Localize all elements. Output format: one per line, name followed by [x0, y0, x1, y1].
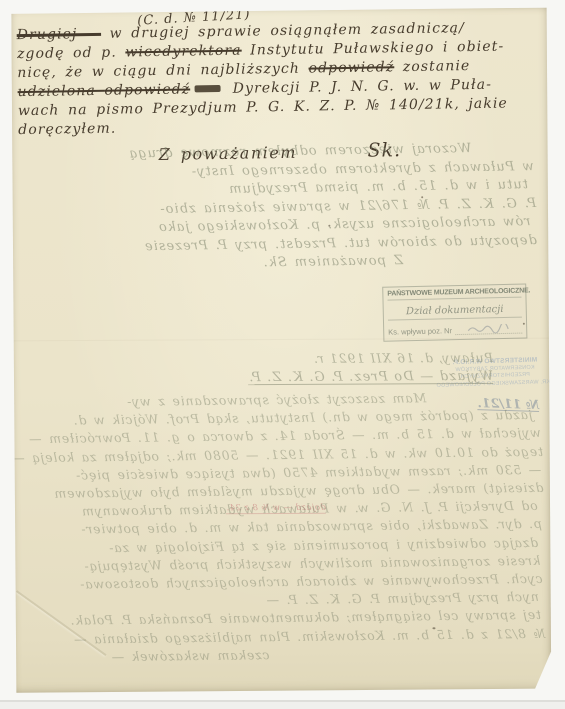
ink-text-segment: doręczyłem. — [18, 121, 116, 139]
ink-struck-segment: udzielona — [17, 83, 104, 100]
paper-speck — [432, 627, 435, 629]
ink-struck-segment: Drugiej — — [17, 26, 102, 43]
archive-stamp-title: PAŃSTWOWE MUZEUM ARCHEOLOGICZNE. — [387, 288, 521, 301]
paper-speck — [421, 196, 423, 198]
archive-stamp-subtitle: Dział dokumentacji — [388, 303, 522, 320]
ink-struck-segment: wicedyrektora — [125, 43, 242, 61]
ink-text-segment: zostanie — [394, 58, 470, 75]
showthrough-upper-block: Wczoraj wieczorem odbyłem rozmowę drugąw… — [31, 139, 543, 276]
ink-text-segment: Instytutu Puławskiego i obiet- — [242, 39, 505, 59]
ink-text-segment: zgodę od p. — [17, 44, 126, 62]
showthrough-date: Puławy, d. 16 XII 1921 r. — [93, 350, 493, 367]
paper-speck — [328, 225, 330, 227]
letter-page: (C. d. № 11/21) Drugiej — w drugiej spra… — [11, 8, 552, 694]
ink-text-segment: nicę, że w ciągu dni najbliższych — [17, 61, 308, 82]
showthrough-lower-block: Mam zaszczyt złożyć sprawozdanie z wy-ja… — [18, 388, 549, 667]
archive-stamp-entry-field — [455, 323, 522, 336]
archive-stamp: PAŃSTWOWE MUZEUM ARCHEOLOGICZNE. Dział d… — [382, 283, 527, 341]
scanner-edge-strip — [0, 702, 565, 709]
ink-struck-segment: odpowiedź — [308, 59, 394, 76]
ink-scribble — [194, 85, 220, 92]
showthrough-heading: Wyjazd — Do Prez. P. G. K. Z. P. — [83, 369, 493, 386]
stamp-entry-scribble — [467, 324, 509, 334]
paper-speck — [523, 323, 525, 325]
ink-struck-segment: odpowiedź — [104, 81, 190, 98]
scan-background: (C. d. № 11/21) Drugiej — w drugiej spra… — [0, 0, 565, 709]
ink-text-segment: Dyrekcji P. J. N. G. w. w Puła- — [224, 77, 492, 97]
archive-stamp-register-row: Ks. wpływu poz. Nr — [388, 323, 522, 337]
archive-stamp-register-label: Ks. wpływu poz. Nr — [388, 326, 452, 336]
